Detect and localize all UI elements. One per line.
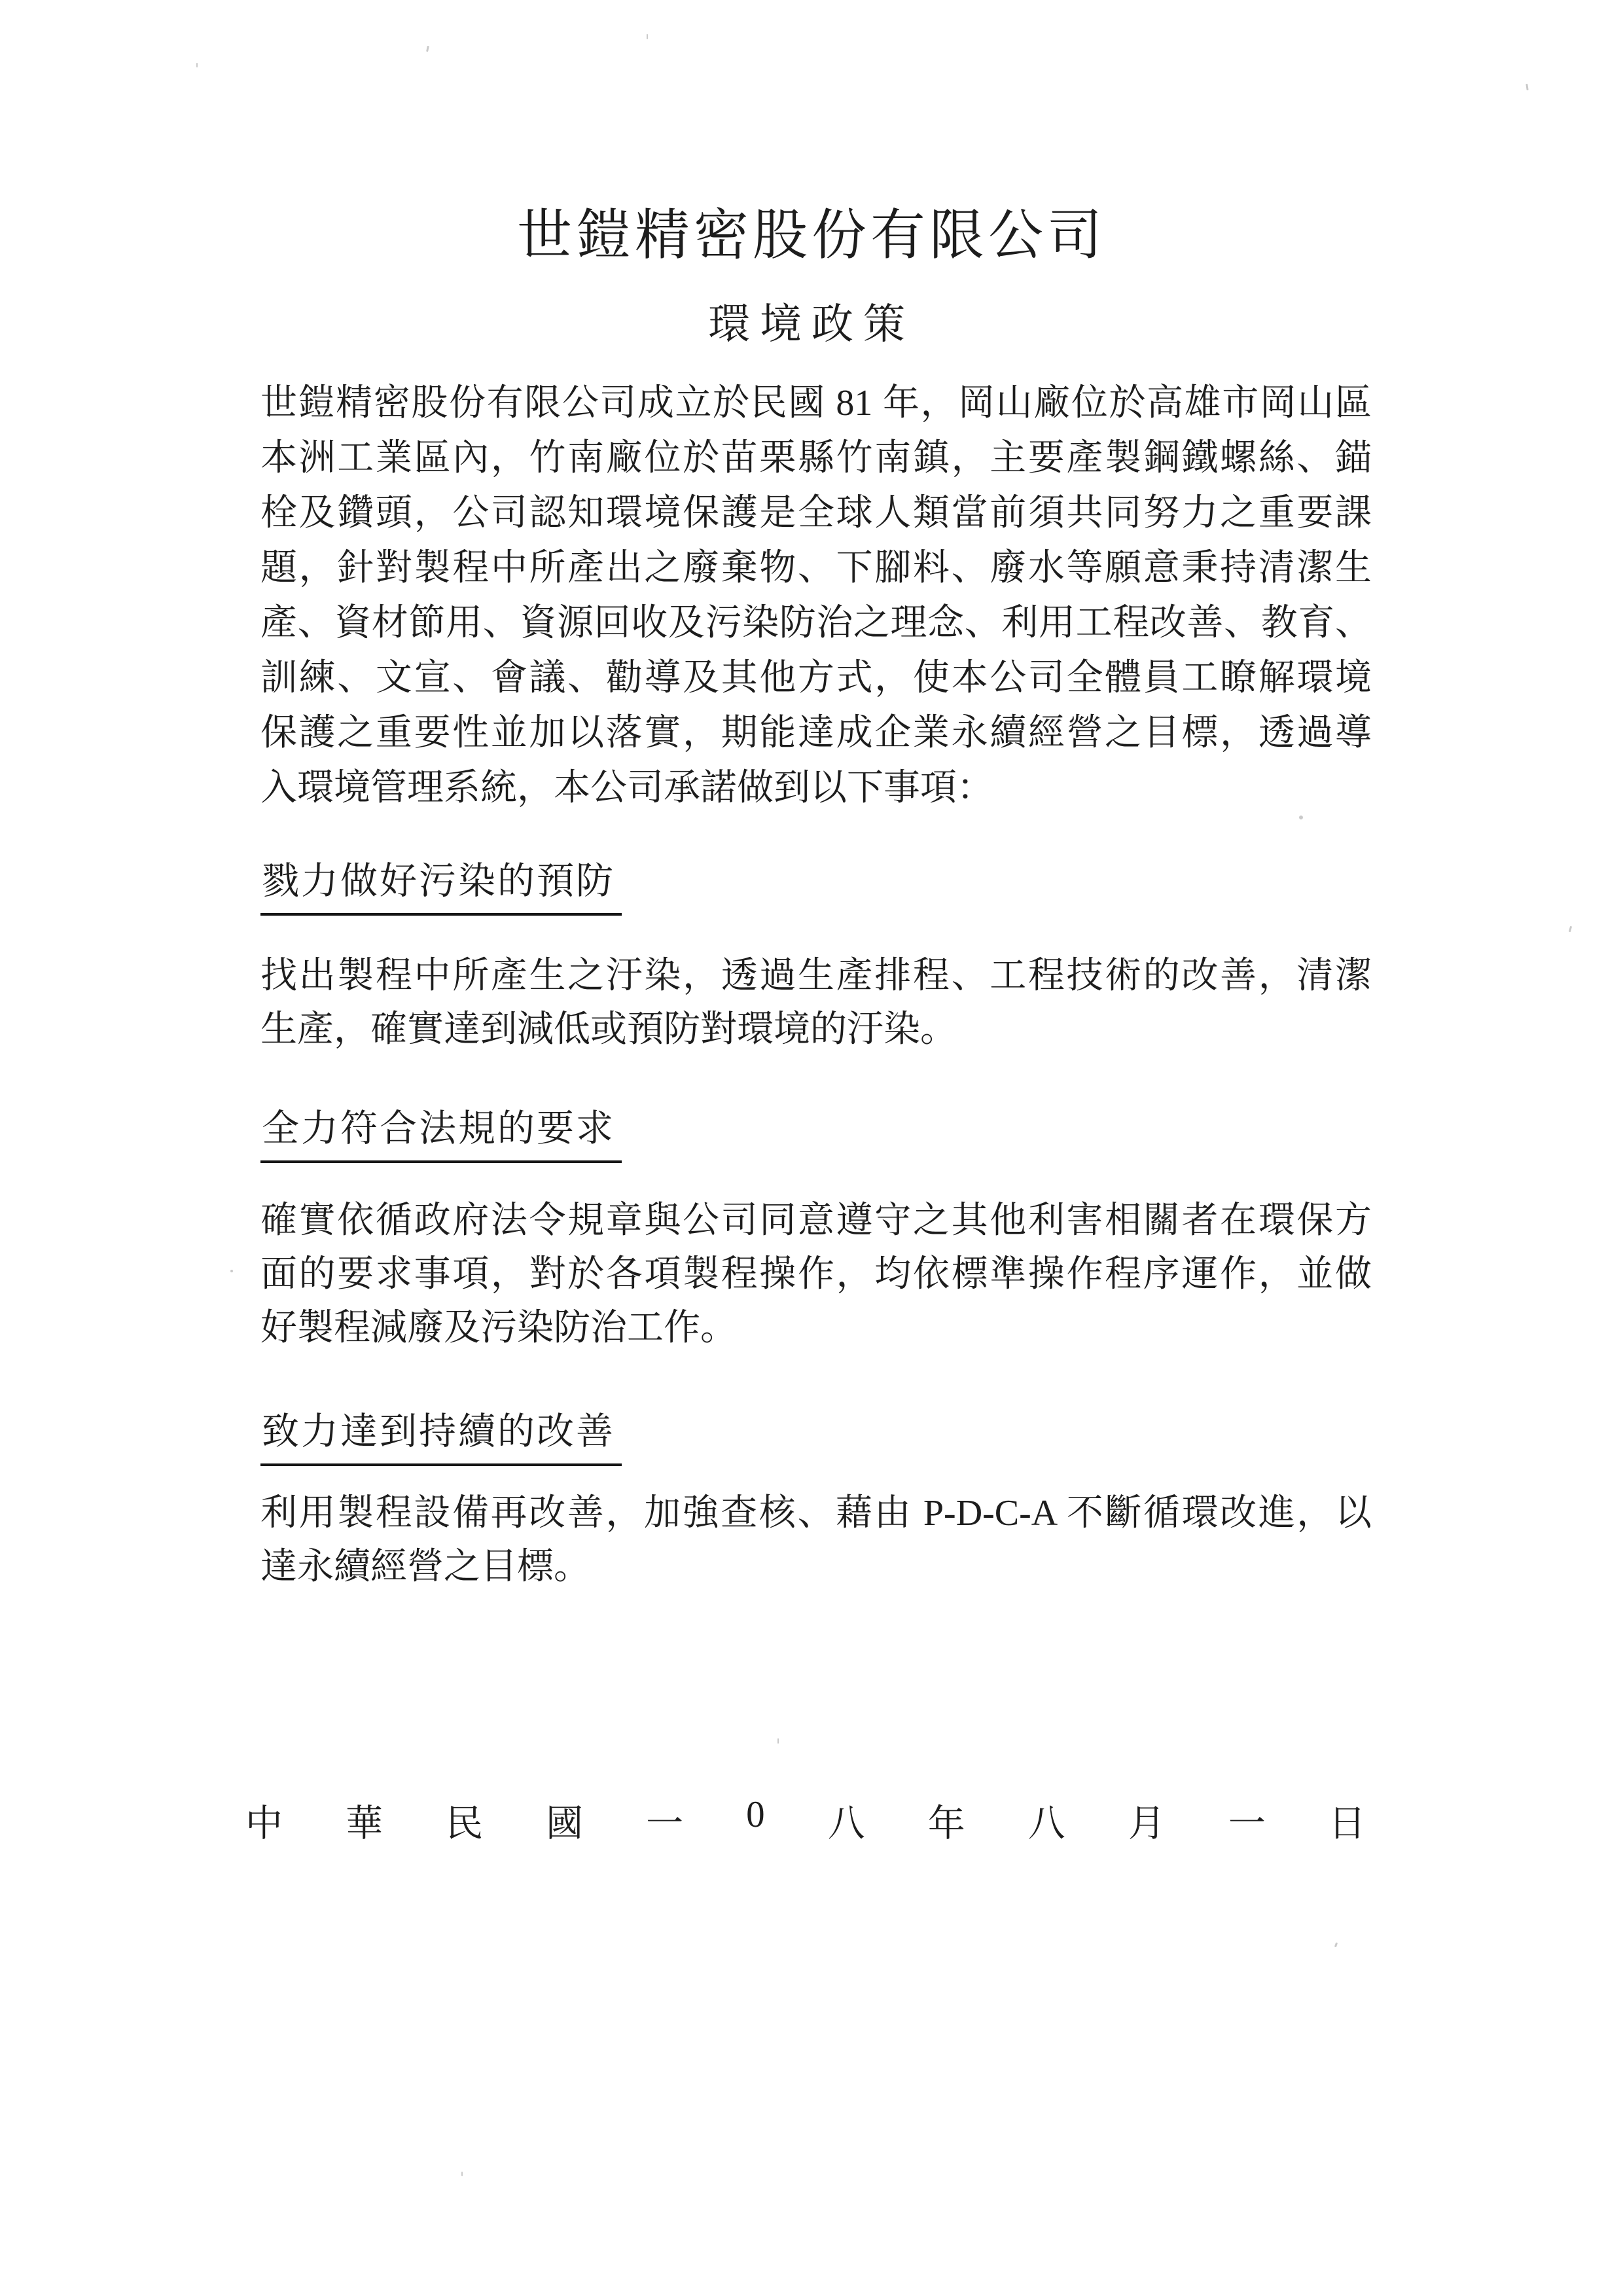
section2-line-2: 面的要求事項，對於各項製程操作，均依標準操作程序運作，並做: [260, 1247, 1372, 1301]
scan-speck: [777, 1738, 779, 1744]
document-page: 世鎧精密股份有限公司 環境政策 世鎧精密股份有限公司成立於民國 81 年，岡山廠…: [0, 0, 1623, 2296]
scan-speck: [230, 1270, 233, 1272]
page-title: 世鎧精密股份有限公司: [0, 191, 1623, 270]
date-char: 一: [1228, 1793, 1266, 1847]
scan-speck: [647, 34, 648, 39]
intro-paragraph: 世鎧精密股份有限公司成立於民國 81 年，岡山廠位於高雄市岡山區 本洲工業區內，…: [260, 376, 1372, 816]
date-char: 八: [1028, 1793, 1065, 1847]
section1-line-2: 生產，確實達到減低或預防對環境的汙染。: [260, 1003, 1372, 1056]
intro-line-8: 入環境管理系統，本公司承諾做到以下事項：: [260, 761, 1372, 816]
date-char: 八: [828, 1793, 865, 1847]
date-char: 月: [1128, 1793, 1166, 1847]
intro-line-3: 栓及鑽頭，公司認知環境保護是全球人類當前須共同努力之重要課: [260, 486, 1372, 541]
intro-line-6: 訓練、文宣、會議、勸導及其他方式，使本公司全體員工瞭解環境: [260, 651, 1372, 706]
section3-line-2: 達永續經營之目標。: [260, 1540, 1372, 1594]
intro-line-4: 題，針對製程中所產出之廢棄物、下腳料、廢水等願意秉持清潔生: [260, 541, 1372, 596]
date-char: 華: [346, 1793, 383, 1847]
scan-speck: [196, 63, 198, 67]
section1-line-1: 找出製程中所產生之汙染，透過生產排程、工程技術的改善，清潔: [260, 949, 1372, 1003]
date-char: 年: [928, 1793, 965, 1847]
date-char: 日: [1329, 1793, 1366, 1847]
section-body-regulatory-compliance: 確實依循政府法令規章與公司同意遵守之其他利害相關者在環保方 面的要求事項，對於各…: [260, 1194, 1372, 1355]
intro-line-1: 世鎧精密股份有限公司成立於民國 81 年，岡山廠位於高雄市岡山區: [260, 376, 1372, 431]
scan-speck: [1569, 926, 1572, 932]
scan-speck: [1334, 1943, 1338, 1948]
intro-line-7: 保護之重要性並加以落實，期能達成企業永續經營之目標，透過導: [260, 706, 1372, 761]
scan-speck: [461, 2172, 463, 2176]
date-line: 中 華 民 國 一 0 八 年 八 月 一 日: [245, 1793, 1366, 1847]
date-char: 中: [245, 1793, 283, 1847]
section-body-pollution-prevention: 找出製程中所產生之汙染，透過生產排程、工程技術的改善，清潔 生產，確實達到減低或…: [260, 949, 1372, 1056]
section-body-continuous-improvement: 利用製程設備再改善，加強查核、藉由 P-D-C-A 不斷循環改進，以 達永續經營…: [260, 1486, 1372, 1594]
section2-line-3: 好製程減廢及污染防治工作。: [260, 1301, 1372, 1355]
date-char: 一: [646, 1793, 683, 1847]
section2-line-1: 確實依循政府法令規章與公司同意遵守之其他利害相關者在環保方: [260, 1194, 1372, 1247]
section3-line-1: 利用製程設備再改善，加強查核、藉由 P-D-C-A 不斷循環改進，以: [260, 1486, 1372, 1540]
intro-line-5: 產、資材節用、資源回收及污染防治之理念、利用工程改善、教育、: [260, 596, 1372, 651]
scan-speck: [426, 46, 429, 52]
section-heading-regulatory-compliance: 全力符合法規的要求: [260, 1098, 622, 1163]
intro-line-2: 本洲工業區內，竹南廠位於苗栗縣竹南鎮，主要產製鋼鐵螺絲、錨: [260, 431, 1372, 486]
date-char: 民: [446, 1793, 483, 1847]
section-heading-pollution-prevention: 戮力做好污染的預防: [260, 851, 622, 916]
date-char: 國: [546, 1793, 583, 1847]
date-char: 0: [746, 1793, 765, 1847]
page-subtitle: 環境政策: [0, 291, 1623, 351]
scan-speck: [1525, 84, 1528, 90]
scan-speck: [1299, 816, 1303, 819]
section-heading-continuous-improvement: 致力達到持續的改善: [260, 1401, 622, 1466]
